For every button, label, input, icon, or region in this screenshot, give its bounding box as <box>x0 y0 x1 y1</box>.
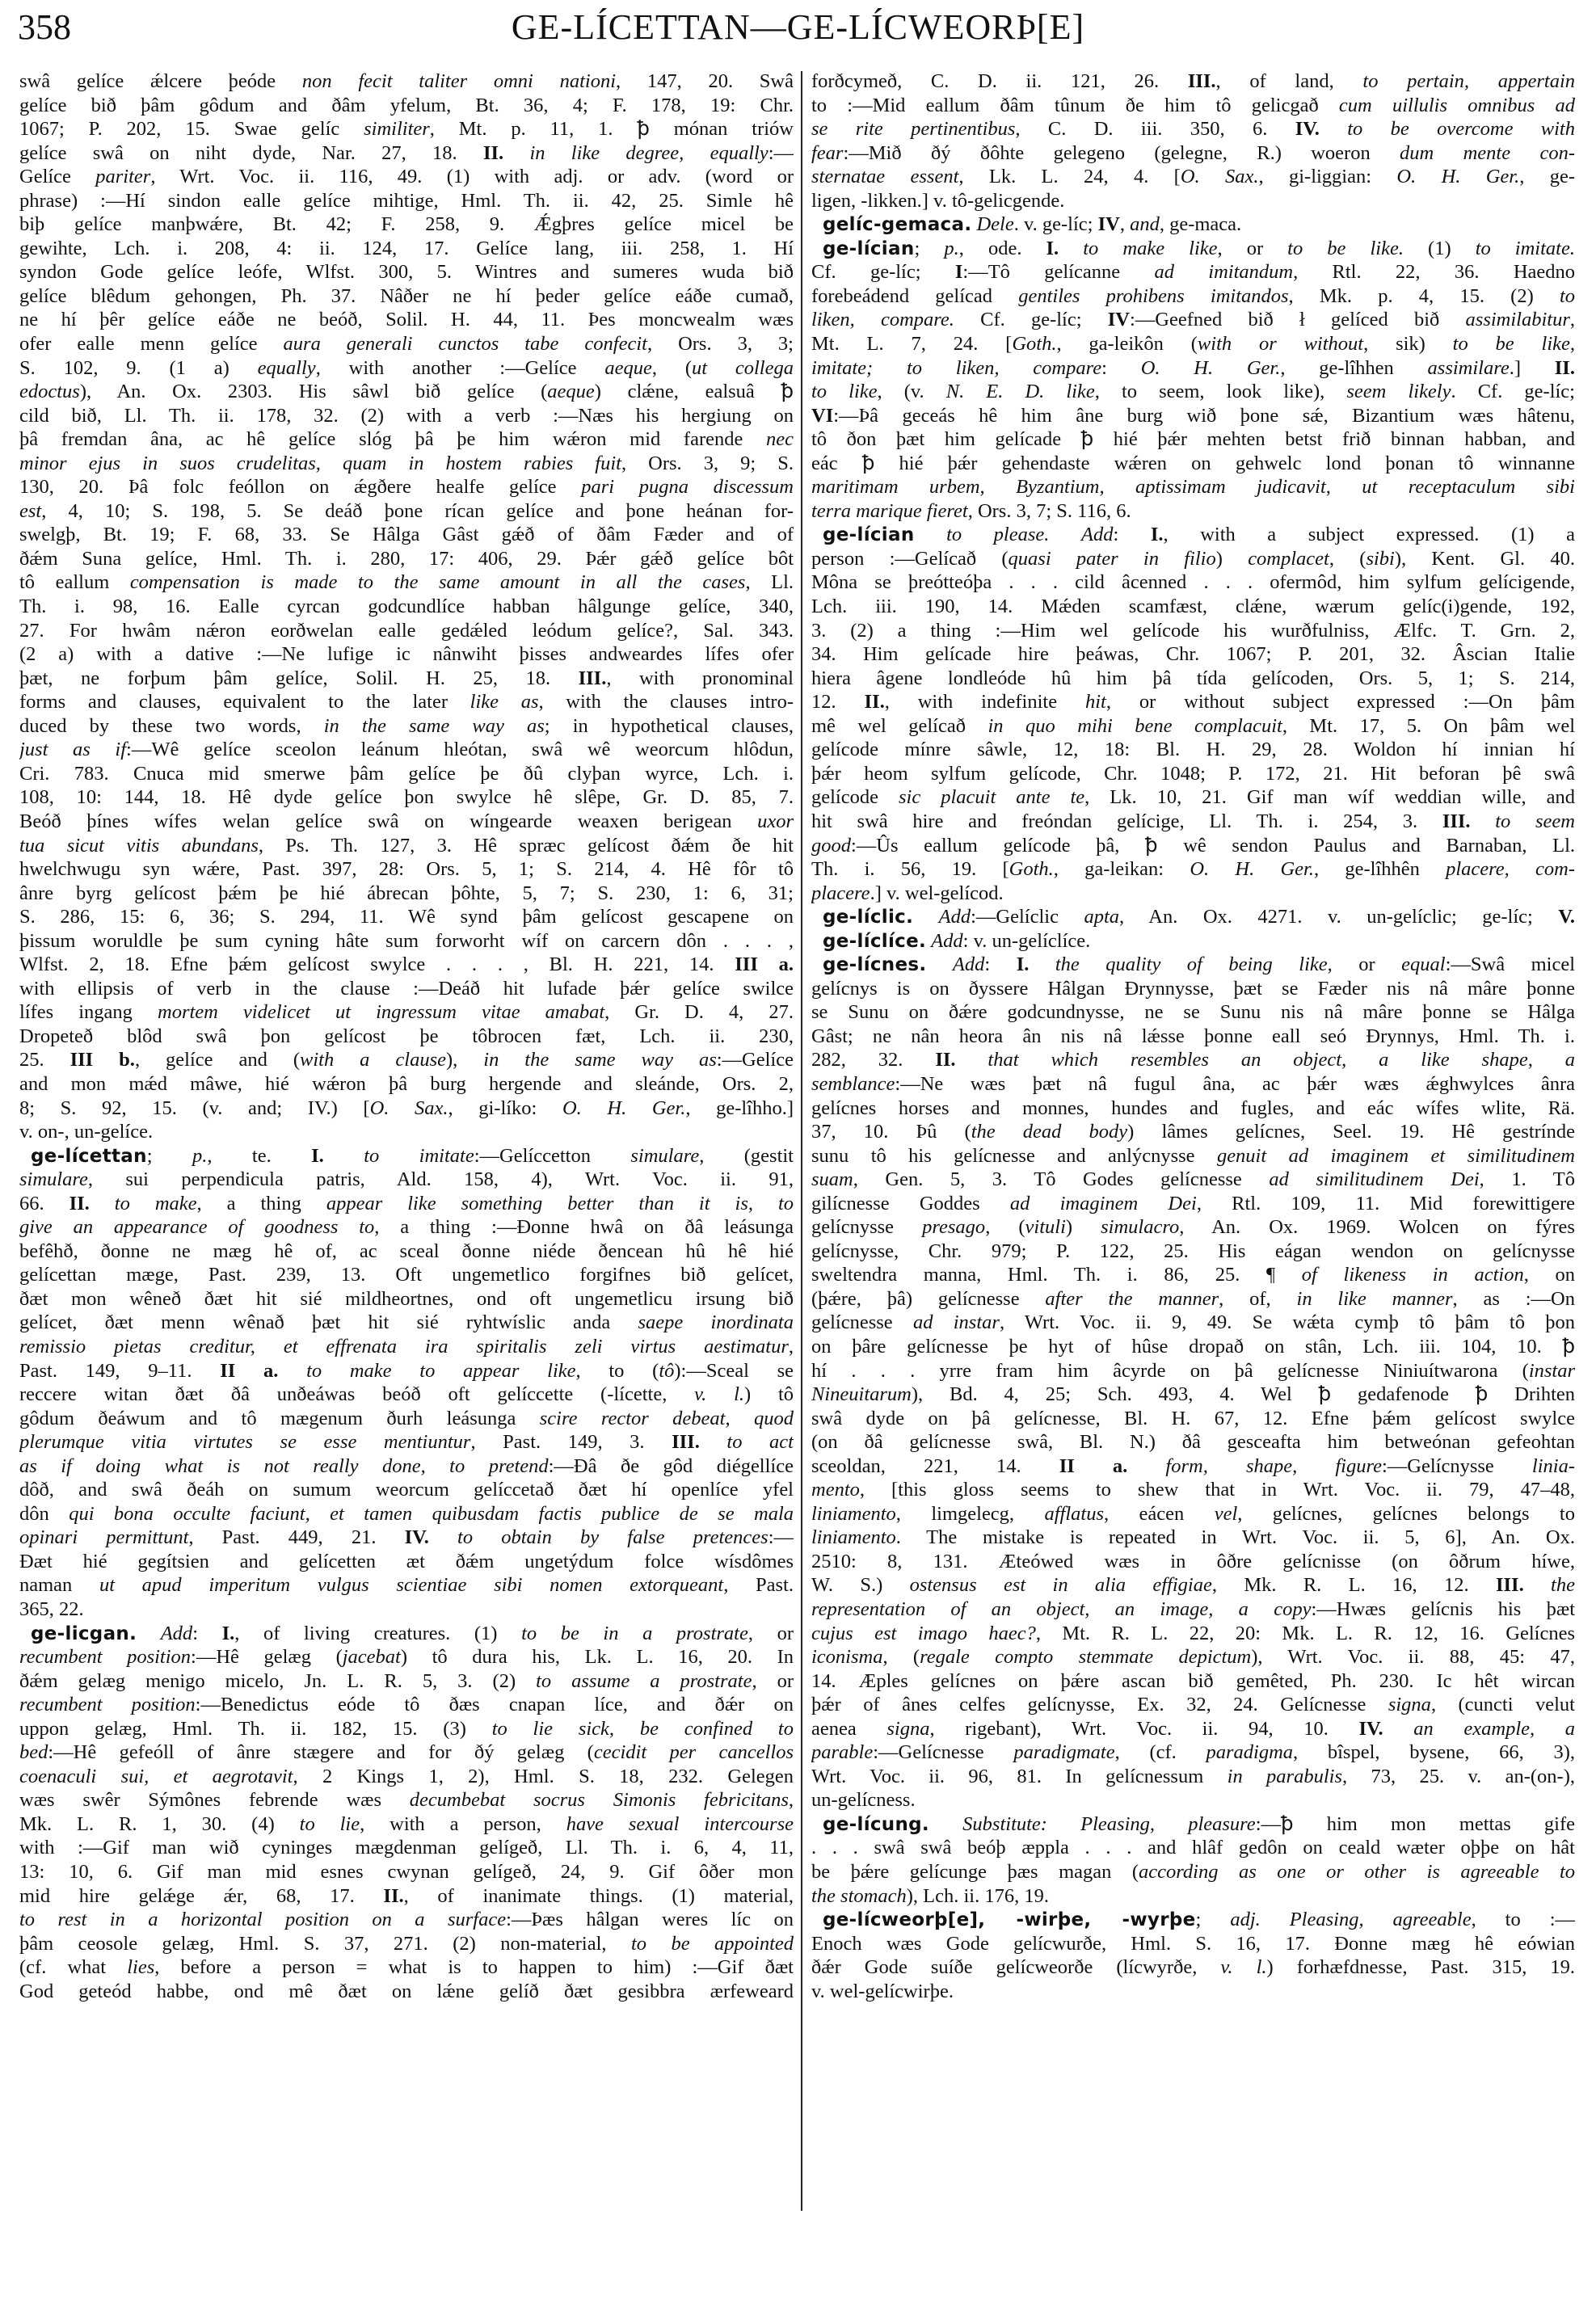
italic-gloss: to make <box>90 1193 197 1214</box>
text-line: liken, compare. Cf. ge-líc; IV:—Geefned … <box>811 308 1575 332</box>
text-line: remissio pietas creditur, et effrenata i… <box>19 1335 794 1359</box>
text-run: :—Gelícnysse <box>1382 1455 1532 1477</box>
italic-gloss: to obtain by false pretences <box>429 1526 769 1548</box>
text-run: , Lk. 10, 21. Gif man wíf weddian wille,… <box>1084 786 1575 808</box>
text-line: Cri. 783. Cnuca mid smerwe þâm gelíce þe… <box>19 762 794 786</box>
text-line: 66. II. to make, a thing appear like som… <box>19 1192 794 1216</box>
headword: ge-líclíce. <box>823 931 926 952</box>
text-line: with ellipsis of verb in the clause :—De… <box>19 977 794 1001</box>
italic-gloss: to act <box>700 1431 794 1453</box>
italic-gloss: p. <box>944 238 958 259</box>
text-run: 108, 10: 144, 18. Hê dyde gelíce þon swy… <box>19 786 794 808</box>
text-line: liniamento, limgelecg, afflatus, eácen v… <box>811 1502 1575 1526</box>
sense-numeral: IV. <box>1358 1718 1383 1740</box>
text-run: :—Gelícnesse <box>873 1741 1013 1763</box>
text-run: 34. Him gelícade hire þeáwas, Chr. 1067;… <box>811 643 1575 665</box>
italic-gloss: have sexual intercourse <box>566 1813 794 1835</box>
text-line: gelícnysse, Chr. 979; P. 122, 25. His eá… <box>811 1240 1575 1264</box>
text-run: with :—Gif man wið cyninges mægdenman ge… <box>19 1837 794 1858</box>
italic-gloss: gentiles prohibens imitandos <box>1018 285 1288 307</box>
text-line: Nineuitarum), Bd. 4, 25; Sch. 493, 4. We… <box>811 1383 1575 1407</box>
italic-gloss: lies <box>127 1956 154 1978</box>
text-run: , Wrt. Voc. ii. 9, 49. Se wǽta cymþ tô þ… <box>1000 1311 1575 1333</box>
italic-gloss: complacet <box>1248 548 1329 570</box>
italic-gloss: ad instar <box>913 1311 1000 1333</box>
text-run: , <box>789 1789 794 1811</box>
entry-headline: ge-lícian to please. Add: I., with a sub… <box>811 523 1575 547</box>
entry-headline: ge-lícian; p., ode. I. to make like, or … <box>811 237 1575 261</box>
text-run: Cri. 783. Cnuca mid smerwe þâm gelíce þe… <box>19 763 794 785</box>
entry-headline: ge-líclic. Add:—Gelíclic apta, An. Ox. 4… <box>811 905 1575 929</box>
text-line: Mk. L. R. 1, 30. (4) to lie, with a pers… <box>19 1812 794 1837</box>
text-run: þâ fremdan âna, ac hê gelíce slóg þâ þe … <box>19 428 766 450</box>
text-line: be þǽre gelícunge þæs magan (according a… <box>811 1860 1575 1884</box>
italic-gloss: parable <box>811 1741 873 1763</box>
italic-gloss: simulare <box>19 1168 88 1190</box>
text-run: , te. <box>207 1145 311 1167</box>
text-line: hiera âgene londleóde hû him þâ tída gel… <box>811 667 1575 691</box>
text-line: 12. II., with indefinite hit, or without… <box>811 690 1575 714</box>
italic-gloss: regale compto stemmate depictum <box>920 1646 1251 1668</box>
italic-gloss: O. H. Ger. <box>562 1097 685 1119</box>
text-run: , Ps. Th. 127, 3. Hê spræc gelícost ðǽm … <box>259 835 794 857</box>
italic-gloss: and <box>1130 213 1160 235</box>
text-line: edoctus), An. Ox. 2303. His sâwl bið gel… <box>19 380 794 404</box>
text-line: 8; S. 92, 15. (v. and; IV.) [O. Sax., gi… <box>19 1097 794 1121</box>
text-run: forms and clauses, equivalent to the lat… <box>19 691 470 713</box>
text-run: , ( <box>985 1216 1025 1238</box>
entry-headline: ge-lícnes. Add: I. the quality of being … <box>811 953 1575 977</box>
text-run: biþ gelíce manþwǽre, Bt. 42; F. 258, 9. … <box>19 213 794 235</box>
text-run: ; <box>915 238 945 259</box>
text-line: gewihte, Lch. i. 208, 4: ii. 124, 17. Ge… <box>19 237 794 261</box>
text-run: þæt, ne forþum þâm gelíce, Solil. H. 25,… <box>19 667 579 689</box>
text-line: se Sunu on ðǽre godcundnysse, ne se Sunu… <box>811 1000 1575 1025</box>
text-line: 13: 10, 6. Gif man mid esnes cwynan gelí… <box>19 1860 794 1884</box>
text-run: , of living creatures. (1) <box>234 1623 521 1644</box>
text-run: on þâre gelícnesse þe hyt of hûse dropað… <box>811 1336 1575 1358</box>
text-run: :—Mið ðý ðôhte gelegeno (gelegne, R.) wo… <box>843 142 1400 164</box>
text-run: swâ gelíce ǽlcere þeóde <box>19 70 302 92</box>
text-run: 282, 32. <box>811 1049 935 1071</box>
text-line: eác ꝥ hié þǽr gehendaste wǽren on gehwel… <box>811 452 1575 476</box>
text-run: ðǽm gelæg menigo micelo, Jn. L. R. 5, 3.… <box>19 1670 536 1692</box>
text-run: , a thing <box>197 1193 326 1214</box>
text-run: person :—Gelícað ( <box>811 548 1009 570</box>
text-run: ofer ealle menn gelíce <box>19 333 284 355</box>
italic-gloss: Add <box>1081 524 1113 545</box>
text-run: , to seem, look like), <box>1095 381 1347 402</box>
text-line: swâ dyde on þâ gelícnesse, Bl. H. 67, 12… <box>811 1407 1575 1431</box>
text-run: uppon gelæg, Hml. Th. ii. 182, 15. (3) <box>19 1718 492 1740</box>
text-run: , Mt. p. 11, 1. ꝥ mónan triów <box>430 118 794 140</box>
text-line: person :—Gelícað (quasi pater in filio) … <box>811 547 1575 571</box>
text-line: 1067; P. 202, 15. Swae gelíc similiter, … <box>19 117 794 141</box>
text-run: Mt. L. 7, 24. [ <box>811 333 1012 355</box>
text-run: , 1. Tô <box>1480 1168 1575 1190</box>
text-run: duced by these two words, <box>19 715 324 737</box>
text-line: gelícnes horses and monnes, hundes and f… <box>811 1097 1575 1121</box>
italic-gloss: cujus est imago haec? <box>811 1623 1036 1644</box>
text-run: , before a person = what is to happen to… <box>154 1956 794 1978</box>
text-line: bed:—Hê gefeóll of ânre stægere and for … <box>19 1741 794 1765</box>
text-run: ; <box>1196 1909 1231 1930</box>
italic-gloss: in like degree, equally <box>503 142 769 164</box>
italic-gloss: O. H. Ger. <box>1190 858 1314 880</box>
text-run: ):—Sceal se <box>674 1360 794 1382</box>
italic-gloss: genuit ad imaginem et similitudinem <box>1217 1145 1575 1167</box>
text-run: , gi-líko: <box>448 1097 562 1119</box>
text-line: ofer ealle menn gelíce aura generali cun… <box>19 332 794 356</box>
text-run: , Ors. 3, 3; <box>647 333 794 355</box>
italic-gloss: vel <box>1215 1503 1238 1525</box>
italic-gloss: to be appointed <box>631 1933 794 1955</box>
text-line: Dropeteð blôd swâ þon gelícost þe tôbroc… <box>19 1025 794 1049</box>
headword: ge-lícettan <box>31 1146 147 1167</box>
text-run: gelícnys is on ðyssere Hâlgan Ðrynnysse,… <box>811 978 1575 1000</box>
italic-gloss: mortem videlicet ut ingressum vitae amab… <box>158 1001 604 1023</box>
sense-numeral: I. <box>222 1623 235 1644</box>
text-run: Cf. ge-líc; <box>954 309 1108 330</box>
text-line: on þâre gelícnesse þe hyt of hûse dropað… <box>811 1335 1575 1359</box>
text-line: maritimam urbem, Byzantium, aptissimam j… <box>811 475 1575 499</box>
text-run: , with another :—Gelíce <box>316 357 605 379</box>
text-line: gelícode mínre sâwle, 12, 18: Bl. H. 29,… <box>811 738 1575 762</box>
text-run: ligen, -likken.] v. tô-gelicgende. <box>811 190 1064 212</box>
text-run: , (cf. <box>1115 1741 1206 1763</box>
italic-gloss: to be like, <box>1453 333 1575 355</box>
italic-gloss: ut apud imperitum vulgus scientiae sibi … <box>99 1574 723 1596</box>
text-run: , rigebant), Wrt. Voc. ii. 94, 10. <box>929 1718 1358 1740</box>
text-run: , ge- <box>1519 166 1575 187</box>
text-run: sweltendra manna, Hml. Th. i. 86, 25. ¶ <box>811 1264 1302 1286</box>
italic-gloss: to imitate. <box>1476 238 1575 259</box>
text-run: tô ðon þæt him gelícade ꝥ hié þǽr mehten… <box>811 428 1575 450</box>
text-run: God geteód habbe, ond mê ðæt on lǽne gel… <box>19 1981 794 2002</box>
italic-gloss: to please. <box>915 524 1050 545</box>
text-line: Past. 149, 9–11. II a. to make to appear… <box>19 1359 794 1383</box>
italic-gloss: O. Sax. <box>1181 166 1259 187</box>
text-line: forðcymeð, C. D. ii. 121, 26. III., of l… <box>811 69 1575 94</box>
text-line: 130, 20. Þâ folc feóllon on ǽgðere healf… <box>19 475 794 499</box>
text-line: recumbent position:—Hê gelæg (jacebat) t… <box>19 1645 794 1669</box>
text-line: v. wel-gelícwirþe. <box>811 1980 1575 2004</box>
italic-gloss: sic placuit ante te <box>899 786 1084 808</box>
entry-headline: gelíc-gemaca. Dele. v. ge-líc; IV, and, … <box>811 213 1575 237</box>
entry-headline: ge-líclíce. Add: v. un-gelíclíce. <box>811 929 1575 953</box>
italic-gloss: minor ejus in suos crudelitas, quam in h… <box>19 453 621 474</box>
text-run: tô eallum <box>19 571 130 593</box>
text-run: , ( <box>652 357 692 379</box>
text-run: ) clǽne, ealsuâ ꝥ <box>595 381 794 402</box>
italic-gloss: tô <box>659 1360 674 1382</box>
right-column: forðcymeð, C. D. ii. 121, 26. III., of l… <box>811 69 1575 2003</box>
text-run: , Mt. 17, 5. On þâm wel <box>1282 715 1575 737</box>
text-line: gilícnesse Goddes ad imaginem Dei, Rtl. … <box>811 1192 1575 1216</box>
italic-gloss: an example, a <box>1383 1718 1575 1740</box>
text-line: liniamento. The mistake is repeated in W… <box>811 1526 1575 1550</box>
italic-gloss: opinari permittunt <box>19 1526 188 1548</box>
text-run: ne hí þêr gelíce eáðe ne beóð, Solil. H.… <box>19 309 794 330</box>
italic-gloss: sibi <box>1366 548 1394 570</box>
italic-gloss: Nineuitarum <box>811 1383 912 1405</box>
text-run: Enoch wæs Gode gelícwurðe, Hml. S. 16, 1… <box>811 1933 1575 1955</box>
text-line: iconisma, (regale compto stemmate depict… <box>811 1645 1575 1669</box>
text-run: , with indefinite <box>885 691 1085 713</box>
text-line: forms and clauses, equivalent to the lat… <box>19 690 794 714</box>
text-line: suam, Gen. 5, 3. Tô Godes gelícnesse ad … <box>811 1168 1575 1192</box>
text-line: gelíce swâ on niht dyde, Nar. 27, 18. II… <box>19 141 794 166</box>
text-run: gôdum ðeáwum and tô mægenum ðurh leásung… <box>19 1408 540 1429</box>
text-run: þissum woruldle þe sum cyning hâte sum f… <box>19 930 794 952</box>
italic-gloss: with a clause <box>300 1049 446 1071</box>
text-line: Gelíce pariter, Wrt. Voc. ii. 116, 49. (… <box>19 165 794 189</box>
italic-gloss: in quo mihi bene complacuit <box>987 715 1282 737</box>
sense-numeral: III a. <box>735 953 794 975</box>
text-line: (on ðâ gelícnesse swâ, Bl. N.) ðâ gescea… <box>811 1430 1575 1454</box>
text-run: , C. D. iii. 350, 6. <box>1015 118 1295 140</box>
text-line: aenea signa, rigebant), Wrt. Voc. ii. 94… <box>811 1717 1575 1741</box>
italic-gloss: se rite pertinentibus <box>811 118 1015 140</box>
text-run <box>929 1813 962 1835</box>
italic-gloss: according as one or other is agreeable t… <box>1139 1861 1575 1883</box>
text-run: , on <box>1524 1264 1575 1286</box>
text-line: ne hí þêr gelíce eáðe ne beóð, Solil. H.… <box>19 308 794 332</box>
italic-gloss: in like manner <box>1297 1288 1453 1310</box>
text-run: , Rtl. 22, 36. Haedno <box>1293 261 1575 283</box>
text-run: dôn <box>19 1503 69 1525</box>
text-run: :— <box>769 142 794 164</box>
italic-gloss: semblance <box>811 1073 895 1095</box>
text-run: . Cf. ge-líc; <box>1451 381 1576 402</box>
text-run <box>137 1623 161 1644</box>
text-line: reccere witan ðæt ðâ unðeáwas beóð oft g… <box>19 1383 794 1407</box>
italic-gloss: to be like. <box>1287 238 1404 259</box>
text-run: Past. 149, 9–11. <box>19 1360 220 1382</box>
text-run: : v. un-gelíclíce. <box>963 930 1091 952</box>
text-run: , ge-maca. <box>1160 213 1241 235</box>
italic-gloss: edoctus <box>19 381 80 402</box>
text-run: þǽr heom sylfum gelícode, Chr. 1048; P. … <box>811 763 1575 785</box>
text-line: naman ut apud imperitum vulgus scientiae… <box>19 1573 794 1597</box>
text-run: , as :—On <box>1453 1288 1575 1310</box>
italic-gloss: tua sicut vitis abundans <box>19 835 259 857</box>
text-run: :—Hwæs gelícnis his þæt <box>1311 1598 1575 1620</box>
text-run: , limgelecg, <box>896 1503 1045 1525</box>
italic-gloss: assimilabitur <box>1466 309 1570 330</box>
text-line: þâm ceosole gelæg, Hml. S. 37, 271. (2) … <box>19 1932 794 1956</box>
text-run: .] <box>1510 357 1555 379</box>
text-line: se rite pertinentibus, C. D. iii. 350, 6… <box>811 117 1575 141</box>
text-line: 108, 10: 144, 18. Hê dyde gelíce þon swy… <box>19 785 794 810</box>
text-line: Wrt. Voc. ii. 96, 81. In gelícnessum in … <box>811 1765 1575 1789</box>
text-line: gelícnys is on ðyssere Hâlgan Ðrynnysse,… <box>811 977 1575 1001</box>
text-line: to :—Mid eallum ðâm tûnum ðe him tô geli… <box>811 94 1575 118</box>
text-run: hit swâ hire and freóndan gelícige, Ll. … <box>811 810 1442 832</box>
sense-numeral: III b. <box>70 1049 135 1071</box>
text-line: 365, 22. <box>19 1597 794 1622</box>
text-run: swelgþ, Bt. 19; F. 68, 33. Se Hâlga Gâst… <box>19 524 794 545</box>
text-run: gelíce bið þâm gôdum and ðâm yfelum, Bt.… <box>19 95 794 116</box>
text-run: , or without subject expressed :—On þâm <box>1106 691 1575 713</box>
text-line: Lch. iii. 190, 14. Mǽden scamfæst, clǽne… <box>811 595 1575 619</box>
italic-gloss: the quality of being like <box>1029 953 1327 975</box>
text-run: , Rtl. 109, 11. Mid forewittigere <box>1197 1193 1575 1214</box>
text-run: v. wel-gelícwirþe. <box>811 1981 954 2002</box>
text-run: aenea <box>811 1718 886 1740</box>
text-run: , ( <box>882 1646 920 1668</box>
text-run: ), Kent. Gl. 40. <box>1395 548 1575 570</box>
italic-gloss: v. l. <box>694 1383 744 1405</box>
text-run: Cf. ge-líc; <box>811 261 955 283</box>
text-line: lífes ingang mortem videlicet ut ingress… <box>19 1000 794 1025</box>
text-run: 365, 22. <box>19 1598 84 1620</box>
italic-gloss: linia- <box>1532 1455 1575 1477</box>
text-line: 37, 10. Þû (the dead body) lâmes gelícne… <box>811 1120 1575 1144</box>
text-line: un-gelícness. <box>811 1788 1575 1812</box>
text-line: gelíce blêdum gehongen, Ph. 37. Nâðer ne… <box>19 284 794 309</box>
italic-gloss: the <box>1524 1574 1575 1596</box>
text-run: ) <box>1066 1216 1101 1238</box>
text-line: gelícnesse ad instar, Wrt. Voc. ii. 9, 4… <box>811 1311 1575 1335</box>
italic-gloss: recumbent position <box>19 1694 196 1715</box>
text-run: dôð, and swâ ðeáh on sumum weorcum gelíc… <box>19 1479 794 1501</box>
text-run: , with a subject expressed. (1) a <box>1164 524 1576 545</box>
text-line: gôdum ðeáwum and tô mægenum ðurh leásung… <box>19 1407 794 1431</box>
text-run: befêhð, ðonne ne mæg hê of, ac sceal ðon… <box>19 1240 794 1262</box>
text-run: se Sunu on ðǽre godcundnysse, ne se Sunu… <box>811 1001 1575 1023</box>
italic-gloss: pari pugna discessum <box>581 476 794 498</box>
sense-numeral: V. <box>1558 906 1575 928</box>
headword: ge-lícweorþ[e], -wirþe, -wyrþe <box>823 1909 1196 1930</box>
text-line: dôn qui bona occulte faciunt, et tamen q… <box>19 1502 794 1526</box>
text-line: VI:—Þâ geceás hê him âne burg wið þone s… <box>811 404 1575 428</box>
italic-gloss: aeque <box>547 381 595 402</box>
italic-gloss: just as if <box>19 739 126 760</box>
italic-gloss: paradigmate <box>1013 1741 1114 1763</box>
text-run: gelícettan mæge, Past. 239, 13. Oft unge… <box>19 1264 794 1286</box>
text-line: gelícet, ðæt menn wênað þæt hit sié ryht… <box>19 1311 794 1335</box>
sense-numeral: III. <box>1496 1574 1524 1596</box>
text-line: gelícode sic placuit ante te, Lk. 10, 21… <box>811 785 1575 810</box>
text-run: 3. (2) a thing :—Him wel gelícode his wu… <box>811 620 1575 642</box>
text-line: coenaculi sui, et aegrotavit, 2 Kings 1,… <box>19 1765 794 1789</box>
italic-gloss: bed <box>19 1741 48 1763</box>
headword: ge-lícian <box>823 524 915 545</box>
text-run: , Ors. 3, 7; S. 116, 6. <box>968 500 1131 522</box>
text-run: gelícode <box>811 786 899 808</box>
text-run: 66. <box>19 1193 69 1214</box>
italic-gloss: afflatus <box>1044 1503 1104 1525</box>
sense-numeral: IV <box>1098 213 1120 235</box>
text-run: , or <box>752 1670 794 1692</box>
italic-gloss: Add <box>931 930 962 952</box>
headword: ge-líclic. <box>823 907 913 928</box>
text-line: befêhð, ðonne ne mæg hê of, ac sceal ðon… <box>19 1240 794 1264</box>
italic-gloss: to make like <box>1059 238 1217 259</box>
italic-gloss: non fecit taliter omni nationi <box>302 70 616 92</box>
text-line: dôð, and swâ ðeáh on sumum weorcum gelíc… <box>19 1478 794 1502</box>
italic-gloss: in parabulis <box>1228 1766 1342 1787</box>
text-run: Gâst; ne nân heora ân nis nâ lǽsse þonne… <box>811 1025 1575 1047</box>
sense-numeral: II. <box>383 1885 403 1907</box>
italic-gloss: fear <box>811 142 843 164</box>
italic-gloss: remissio pietas creditur, et effrenata i… <box>19 1336 789 1358</box>
italic-gloss: give an appearance of goodness to <box>19 1216 374 1238</box>
italic-gloss: Dele <box>976 213 1013 235</box>
text-line: as if doing what is not really done, to … <box>19 1454 794 1479</box>
text-run: gewihte, Lch. i. 208, 4: ii. 124, 17. Ge… <box>19 238 794 259</box>
text-run: , of, <box>1219 1288 1296 1310</box>
text-line: fear:—Mið ðý ðôhte gelegeno (gelegne, R.… <box>811 141 1575 166</box>
text-run: naman <box>19 1574 99 1596</box>
italic-gloss: with or without <box>1198 333 1363 355</box>
text-line: parable:—Gelícnesse paradigmate, (cf. pa… <box>811 1741 1575 1765</box>
text-line: swelgþ, Bt. 19; F. 68, 33. Se Hâlga Gâst… <box>19 523 794 547</box>
italic-gloss: form, shape, figure <box>1127 1455 1382 1477</box>
italic-gloss: Add <box>953 953 984 975</box>
text-line: the stomach), Lch. ii. 176, 19. <box>811 1884 1575 1909</box>
italic-gloss: Goth. <box>1012 333 1056 355</box>
italic-gloss: terra marique fieret <box>811 500 968 522</box>
italic-gloss: sternatae essent <box>811 166 958 187</box>
text-line: gelícnysse presago, (vituli) simulacro, … <box>811 1215 1575 1240</box>
text-line: Môna se þreótteóþa . . . cild âcenned . … <box>811 570 1575 595</box>
italic-gloss: imitate; to liken, compare <box>811 357 1101 379</box>
text-run: :—Geefned bið ł gelíced bið <box>1130 309 1466 330</box>
text-run: ðæt mon wêneð ðæt hit sié mildheortnes, … <box>19 1288 794 1310</box>
text-run: Môna se þreótteóþa . . . cild âcenned . … <box>811 571 1575 593</box>
text-line: gelícettan mæge, Past. 239, 13. Oft unge… <box>19 1263 794 1287</box>
sense-numeral: II. <box>483 142 503 164</box>
text-run: :—Þæs hâlgan weres líc on <box>506 1909 794 1930</box>
sense-numeral: I. <box>1046 238 1059 259</box>
italic-gloss: aeque <box>604 357 652 379</box>
italic-gloss: quasi pater in filio <box>1009 548 1216 570</box>
italic-gloss: uxor <box>757 810 794 832</box>
text-run: :—Hê gelæg ( <box>191 1646 343 1668</box>
text-run: :—Gelíccetton <box>474 1145 631 1167</box>
italic-gloss: to assume a prostrate <box>536 1670 752 1692</box>
text-line: semblance:—Ne wæs þæt nâ fugul âna, ac þ… <box>811 1072 1575 1097</box>
text-run: sceoldan, 221, 14. <box>811 1455 1059 1477</box>
text-run: , to :— <box>1472 1909 1575 1930</box>
text-run: , (cuncti velut <box>1431 1694 1575 1715</box>
text-run: 130, 20. Þâ folc feóllon on ǽgðere healf… <box>19 476 581 498</box>
text-run: forebeádend gelícad <box>811 285 1018 307</box>
text-line: þâ fremdan âna, ac hê gelíce slóg þâ þe … <box>19 427 794 452</box>
italic-gloss: mento <box>811 1479 860 1501</box>
text-run: , Gen. 5, 3. Tô Godes gelícnesse <box>853 1168 1270 1190</box>
text-line: opinari permittunt, Past. 449, 21. IV. t… <box>19 1526 794 1550</box>
text-line: ðǽm gelæg menigo micelo, Jn. L. R. 5, 3.… <box>19 1669 794 1694</box>
entry-headline: ge-licgan. Add: I., of living creatures.… <box>19 1622 794 1646</box>
text-line: Enoch wæs Gode gelícwurðe, Hml. S. 16, 1… <box>811 1932 1575 1956</box>
text-run: :—Wê gelíce sceolon leánum hleótan, swâ … <box>126 739 794 760</box>
italic-gloss: dum mente con- <box>1400 142 1575 164</box>
text-run: , [this gloss seems to shew that in Wrt.… <box>860 1479 1575 1501</box>
italic-gloss: N. E. D. like <box>946 381 1095 402</box>
text-run: wæs swêr Sýmônes febrende wæs <box>19 1789 410 1811</box>
text-run: :—Gelíce <box>717 1049 794 1071</box>
column-divider <box>801 71 802 2211</box>
text-line: to rest in a horizontal position on a su… <box>19 1908 794 1932</box>
italic-gloss: cum uillulis omnibus ad <box>1339 95 1575 116</box>
text-line: just as if:—Wê gelíce sceolon leánum hle… <box>19 738 794 762</box>
text-line: syndon Gode gelíce leófe, Wlfst. 300, 5.… <box>19 260 794 284</box>
text-line: hit swâ hire and freóndan gelícige, Ll. … <box>811 810 1575 834</box>
text-line: placere.] v. wel-gelícod. <box>811 882 1575 906</box>
